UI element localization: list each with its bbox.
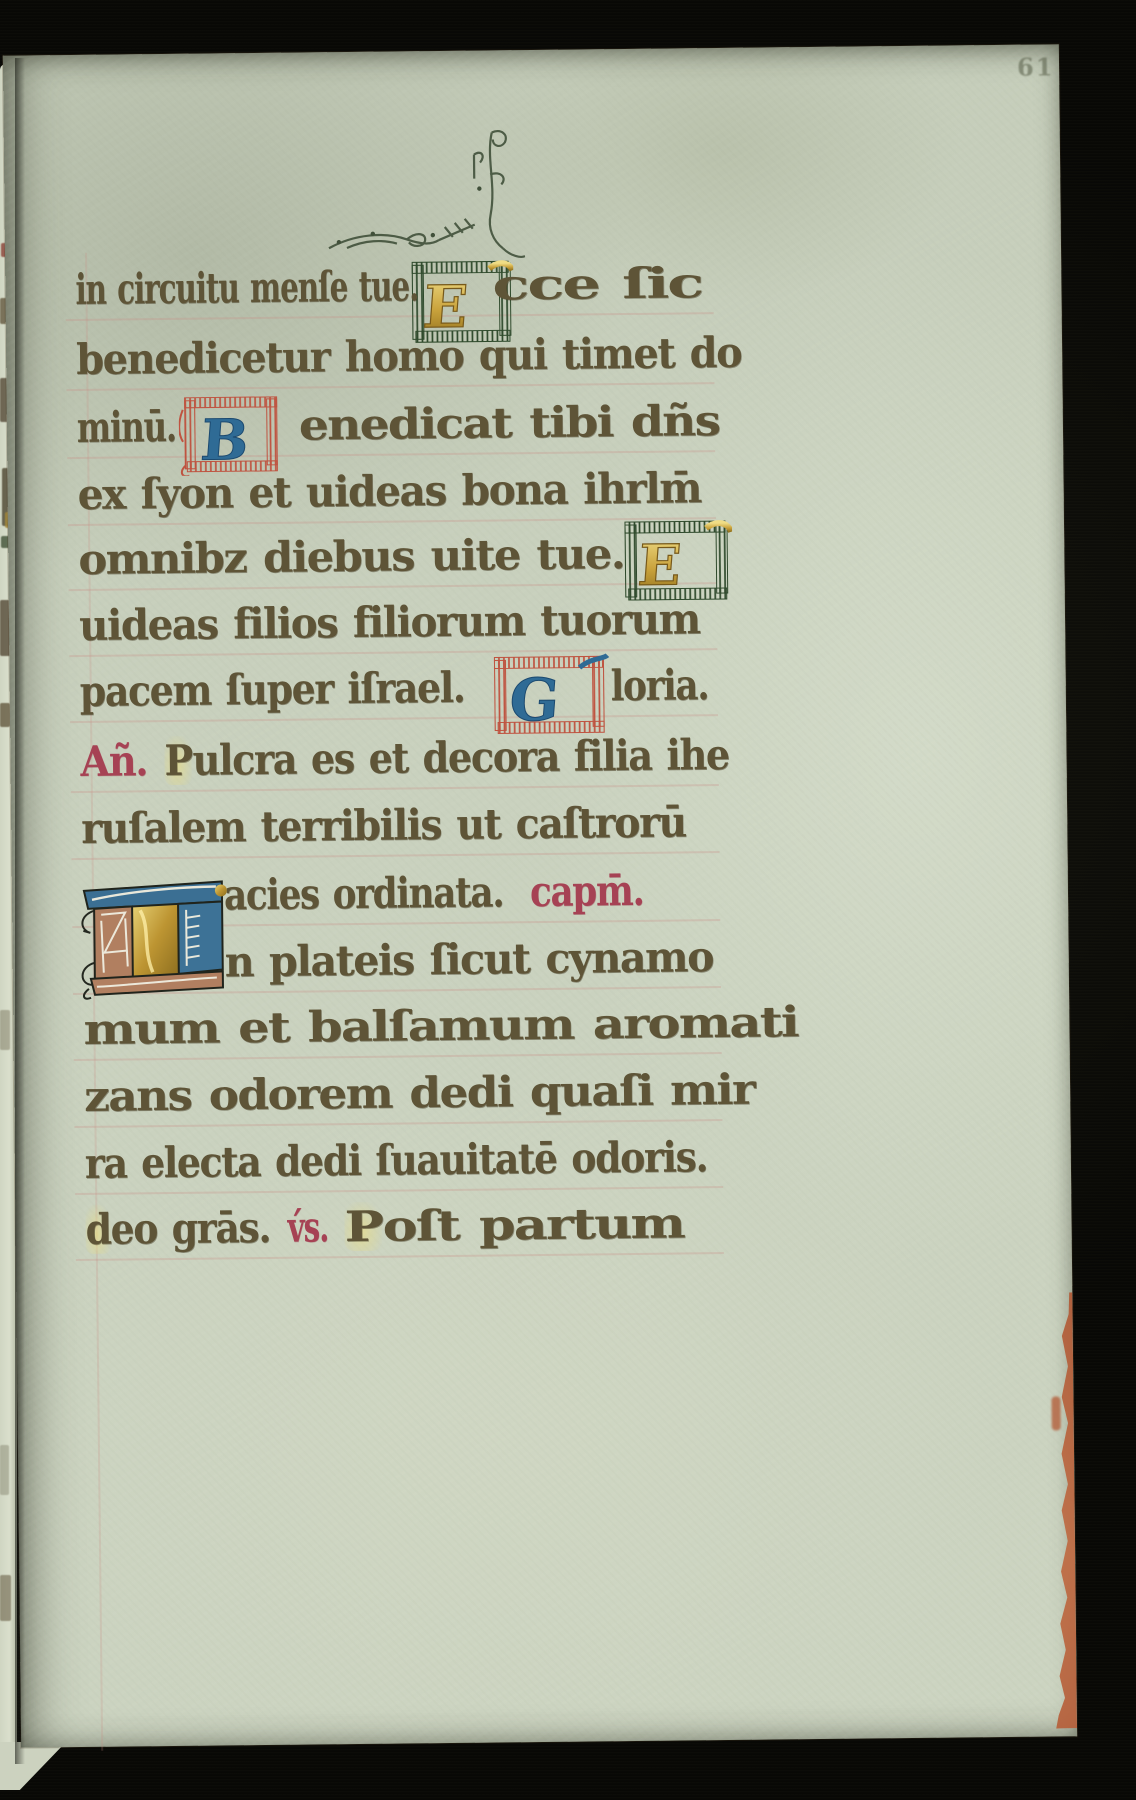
text-segment: minū. bbox=[77, 402, 177, 452]
adjacent-page-corner bbox=[0, 1742, 66, 1790]
text-segment: in circuitu menſe tue. bbox=[75, 261, 419, 314]
rubric-text: capm̄. bbox=[529, 866, 643, 916]
body-text: minū. bbox=[77, 402, 177, 452]
text-segment: oſt partum bbox=[382, 1198, 684, 1250]
text-segment: ex ſyon et uideas bona ihrlm̄ bbox=[77, 463, 701, 519]
body-text: acies ordinata. bbox=[224, 867, 504, 919]
text-segment: v́s. bbox=[288, 1202, 329, 1251]
text-segment: pacem ſuper iſrael. bbox=[79, 663, 465, 716]
text-segment: capm̄. bbox=[529, 866, 643, 916]
text-segment: mum et balſamum aromati bbox=[83, 997, 799, 1054]
text-segment: uideas filios filiorum tuorum bbox=[79, 594, 701, 650]
text-line: uideas filios filiorum tuorum bbox=[9, 590, 1100, 658]
text-line: in circuitu menſe tue.cce ſic bbox=[5, 254, 1096, 322]
text-line: mum et balſamum aromati bbox=[13, 994, 1104, 1062]
body-text: in circuitu menſe tue. bbox=[75, 261, 418, 314]
text-line: ex ſyon et uideas bona ihrlm̄ bbox=[7, 459, 1098, 527]
gutter-shadow bbox=[15, 58, 25, 1764]
page-edge-fragment bbox=[0, 703, 10, 727]
body-text: cce ſic bbox=[492, 258, 702, 309]
text-segment: acies ordinata. bbox=[224, 867, 504, 919]
text-segment: enedicat tibi dñs bbox=[299, 397, 675, 450]
manuscript-photo: { "artifact": { "kind": "illuminated man… bbox=[0, 0, 1136, 1800]
body-text: n plateis ſicut cynamo bbox=[224, 932, 713, 986]
page-edge-fragment bbox=[0, 1010, 10, 1050]
body-text: ra electa dedi ſuauitatē odoris. bbox=[85, 1132, 708, 1188]
fore-edge-stain bbox=[1046, 1292, 1077, 1728]
body-text: uideas filios filiorum tuorum bbox=[79, 594, 700, 650]
body-text: mum et balſamum aromati bbox=[83, 997, 798, 1054]
text-segment: cce ſic bbox=[492, 259, 637, 310]
text-segment: Añ. bbox=[80, 736, 147, 786]
text-line: benedicetur homo qui timet do bbox=[6, 324, 1097, 392]
body-text: P bbox=[165, 736, 193, 785]
text-segment: ulcra es et decora filia ihe bbox=[192, 730, 728, 785]
text-segment: zans odorem dedi quaſi mir bbox=[84, 1065, 755, 1121]
body-text: ex ſyon et uideas bona ihrlm̄ bbox=[77, 463, 701, 519]
text-segment: P bbox=[165, 736, 193, 785]
body-text: benedicetur homo qui timet do bbox=[76, 328, 742, 384]
text-line: Añ.Pulcra es et decora filia ihe bbox=[10, 726, 1101, 794]
body-text: oſt partum bbox=[382, 1198, 684, 1250]
rubric-text: v́s. bbox=[288, 1202, 329, 1251]
text-segment: n plateis ſicut cynamo bbox=[224, 932, 713, 986]
body-text: enedicat tibi dñs bbox=[299, 396, 720, 450]
page-edge-fragment bbox=[0, 1445, 9, 1495]
text-line: pacem ſuper iſrael.loria. bbox=[9, 656, 1100, 724]
text-segment: d bbox=[85, 1205, 111, 1254]
text-segment: ruſalem terribilis ut caſtrorū bbox=[81, 797, 686, 853]
body-text: ruſalem terribilis ut caſtrorū bbox=[81, 797, 686, 853]
body-text: loria. bbox=[610, 660, 708, 710]
text-segment: loria. bbox=[610, 660, 725, 710]
manuscript-page: 61 E E B bbox=[3, 44, 1077, 1747]
penwork-flourish-icon bbox=[324, 128, 525, 268]
body-text: zans odorem dedi quaſi mir bbox=[84, 1065, 755, 1121]
folio-number: 61 bbox=[1017, 52, 1055, 81]
page-edge-fragment bbox=[0, 1575, 11, 1621]
rubric-text: Añ. bbox=[80, 736, 147, 786]
text-segment: ra electa dedi ſuauitatē odoris. bbox=[85, 1132, 708, 1188]
text-line: omnibz diebus uite tue. bbox=[8, 524, 1099, 592]
text-segment: omnibz diebus uite tue. bbox=[78, 529, 624, 584]
body-text: P bbox=[344, 1202, 382, 1251]
ruling-lines bbox=[3, 44, 1059, 55]
text-segment: eo grās. bbox=[111, 1203, 271, 1254]
text-segment: P bbox=[344, 1202, 382, 1251]
fore-edge-stain-spot bbox=[1051, 1396, 1060, 1430]
text-line: ra electa dedi ſuauitatē odoris. bbox=[15, 1128, 1106, 1196]
body-text: pacem ſuper iſrael. bbox=[79, 663, 464, 716]
body-text: ulcra es et decora filia ihe bbox=[192, 730, 729, 785]
body-text: eo grās. bbox=[111, 1203, 271, 1254]
body-text: omnibz diebus uite tue. bbox=[78, 529, 624, 584]
text-segment: benedicetur homo qui timet do bbox=[76, 328, 741, 384]
text-line: ruſalem terribilis ut caſtrorū bbox=[11, 793, 1102, 861]
text-line: deo grās.v́s.Poſt partum bbox=[15, 1194, 1106, 1262]
text-line: zans odorem dedi quaſi mir bbox=[14, 1061, 1105, 1129]
text-line: minū.enedicat tibi dñs bbox=[7, 392, 1098, 460]
body-text: d bbox=[85, 1205, 111, 1254]
